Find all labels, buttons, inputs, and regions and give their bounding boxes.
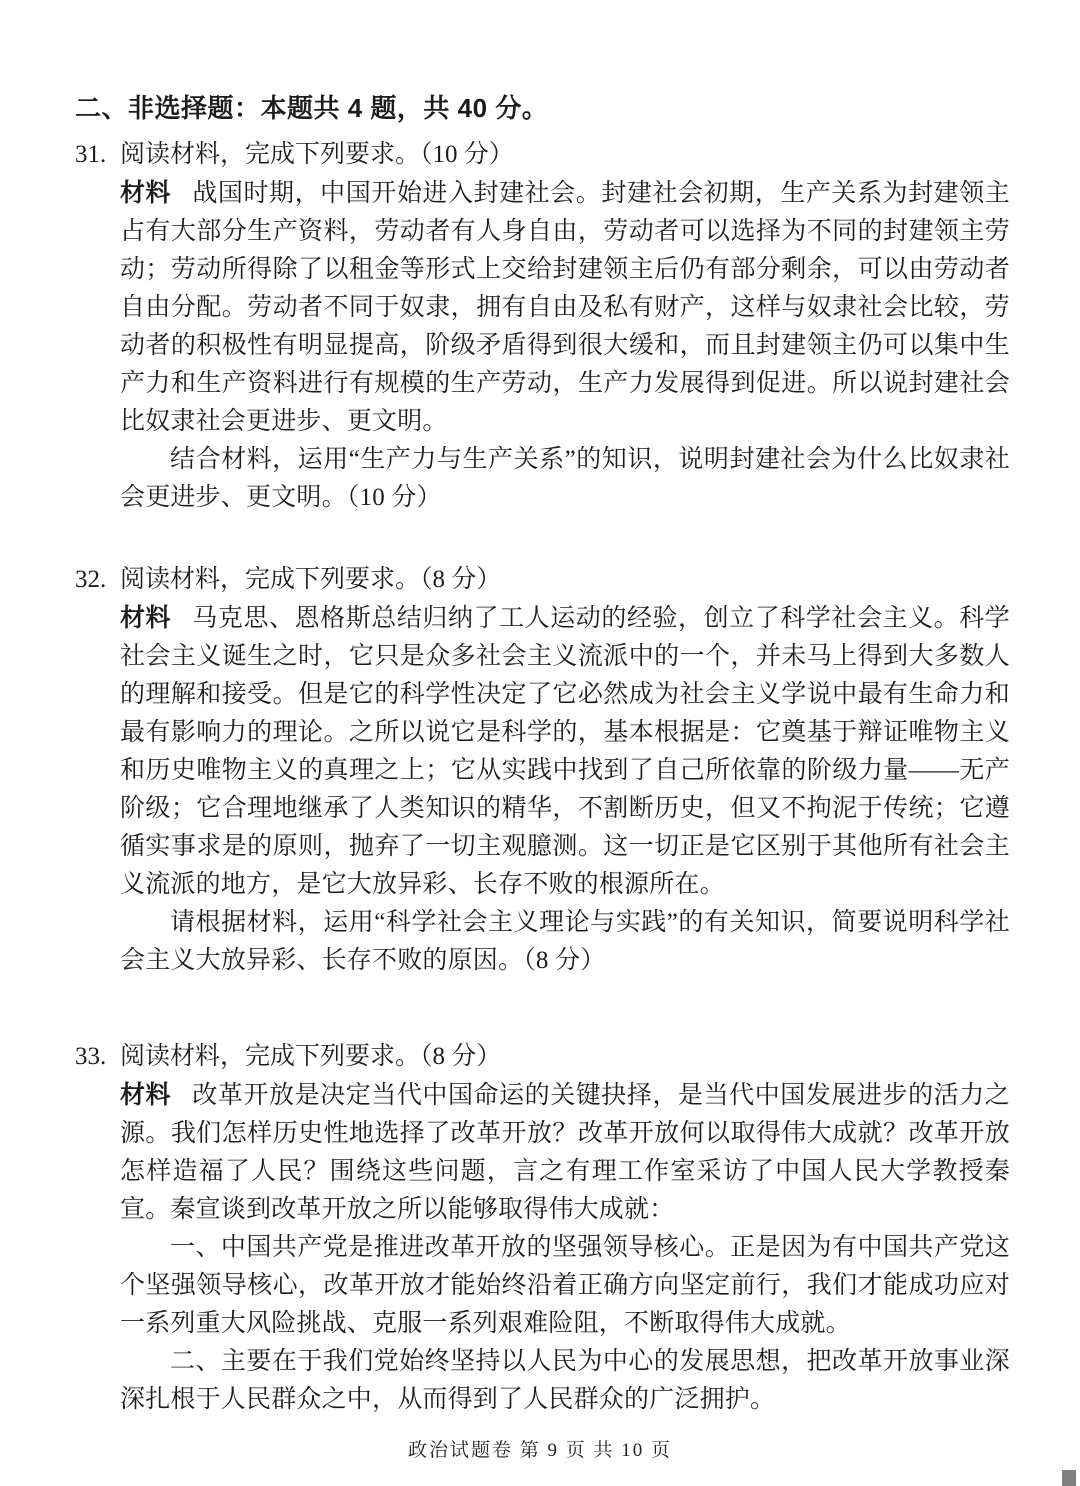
question-31: 31. 阅读材料，完成下列要求。（10 分） 材料战国时期，中国开始进入封建社会…	[75, 136, 1010, 517]
question-33-point-2: 二、主要在于我们党始终坚持以人民为中心的发展思想，把改革开放事业深深扎根于人民群…	[120, 1343, 1010, 1419]
question-32: 32. 阅读材料，完成下列要求。（8 分） 材料马克思、恩格斯总结归纳了工人运动…	[75, 561, 1010, 980]
corner-scroll-mark	[1062, 1470, 1076, 1486]
question-32-number: 32.	[75, 561, 106, 599]
material-text: 战国时期，中国开始进入封建社会。封建社会初期，生产关系为封建领主占有大部分生产资…	[120, 180, 1010, 435]
material-label: 材料	[120, 179, 171, 207]
question-33: 33. 阅读材料，完成下列要求。（8 分） 材料改革开放是决定当代中国命运的关键…	[75, 1038, 1010, 1419]
section-heading: 二、非选择题：本题共 4 题，共 40 分。	[75, 88, 1010, 128]
material-label: 材料	[120, 1081, 171, 1109]
question-33-point-1: 一、中国共产党是推进改革开放的坚强领导核心。正是因为有中国共产党这个坚强领导核心…	[120, 1229, 1010, 1343]
material-text: 马克思、恩格斯总结归纳了工人运动的经验，创立了科学社会主义。科学社会主义诞生之时…	[120, 605, 1010, 898]
question-31-material: 材料战国时期，中国开始进入封建社会。封建社会初期，生产关系为封建领主占有大部分生…	[120, 174, 1010, 441]
material-text: 改革开放是决定当代中国命运的关键抉择，是当代中国发展进步的活力之源。我们怎样历史…	[120, 1082, 1010, 1223]
question-32-material: 材料马克思、恩格斯总结归纳了工人运动的经验，创立了科学社会主义。科学社会主义诞生…	[120, 599, 1010, 904]
question-32-title: 阅读材料，完成下列要求。（8 分）	[120, 561, 1010, 599]
material-label: 材料	[120, 604, 171, 632]
question-33-material: 材料改革开放是决定当代中国命运的关键抉择，是当代中国发展进步的活力之源。我们怎样…	[120, 1076, 1010, 1229]
question-33-number: 33.	[75, 1038, 106, 1076]
footer-page-info: 政治试题卷 第 9 页 共 10 页	[0, 1435, 1080, 1462]
question-31-number: 31.	[75, 136, 106, 174]
question-31-prompt: 结合材料，运用“生产力与生产关系”的知识，说明封建社会为什么比奴隶社会更进步、更…	[120, 441, 1010, 517]
exam-paper-page: 二、非选择题：本题共 4 题，共 40 分。 31. 阅读材料，完成下列要求。（…	[0, 0, 1080, 1486]
question-33-title: 阅读材料，完成下列要求。（8 分）	[120, 1038, 1010, 1076]
question-31-title: 阅读材料，完成下列要求。（10 分）	[120, 136, 1010, 174]
question-32-prompt: 请根据材料，运用“科学社会主义理论与实践”的有关知识，简要说明科学社会主义大放异…	[120, 904, 1010, 980]
page-content: 二、非选择题：本题共 4 题，共 40 分。 31. 阅读材料，完成下列要求。（…	[75, 88, 1010, 1419]
